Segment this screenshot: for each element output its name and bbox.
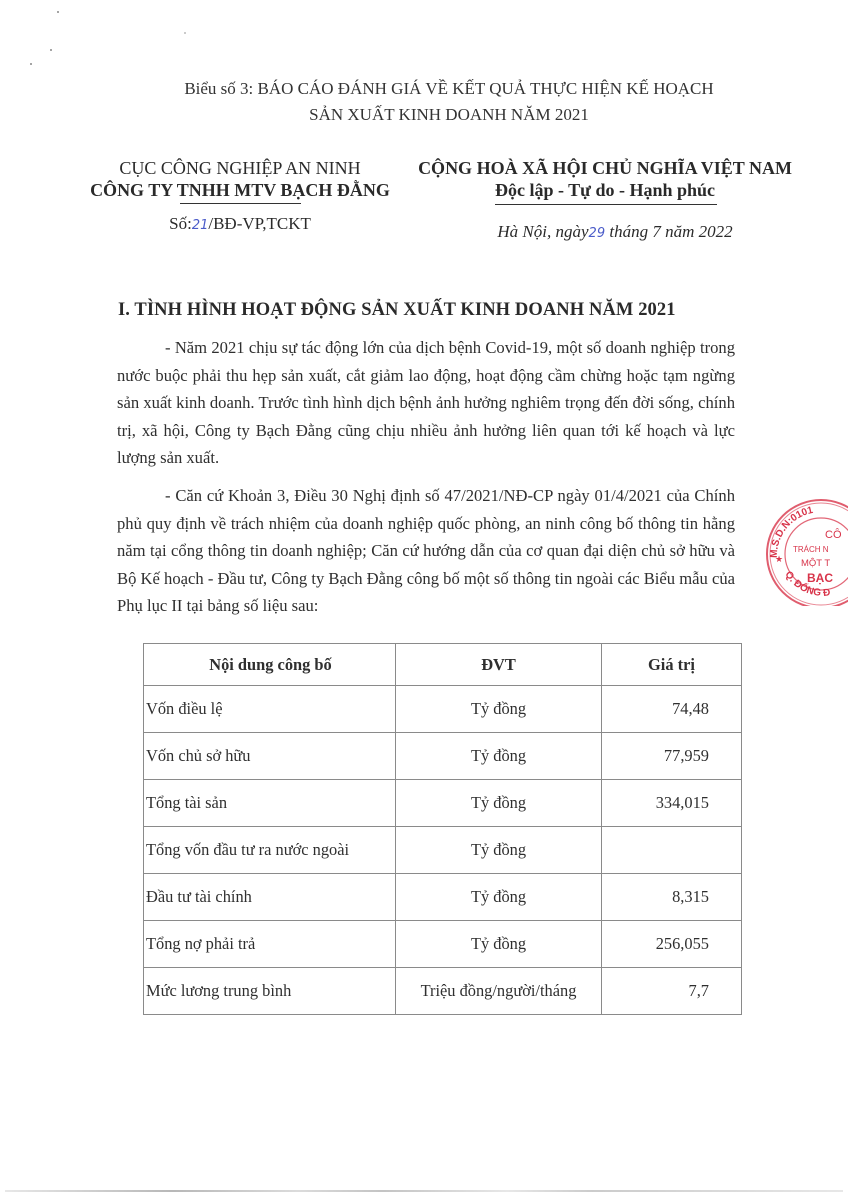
cell-unit: Tỷ đồng (396, 921, 602, 968)
scan-bottom-edge (5, 1190, 843, 1192)
cell-value: 7,7 (602, 968, 742, 1015)
table-row: Đầu tư tài chínhTỷ đồng8,315 (144, 874, 742, 921)
svg-text:★: ★ (775, 554, 783, 564)
disclosure-table: Nội dung công bố ĐVT Giá trị Vốn điều lệ… (143, 643, 742, 1015)
cell-value: 256,055 (602, 921, 742, 968)
cell-unit: Tỷ đồng (396, 874, 602, 921)
paragraph-legal-basis: - Căn cứ Khoản 3, Điều 30 Nghị định số 4… (117, 482, 735, 620)
stamp-line-1: CÔ (825, 528, 842, 541)
cell-item: Tổng vốn đầu tư ra nước ngoài (144, 827, 396, 874)
cell-item: Tổng nợ phải trả (144, 921, 396, 968)
cell-item: Đầu tư tài chính (144, 874, 396, 921)
document-number-handwritten: 21 (192, 218, 209, 233)
cell-unit: Tỷ đồng (396, 827, 602, 874)
form-title-line1: Biểu số 3: BÁO CÁO ĐÁNH GIÁ VỀ KẾT QUẢ T… (0, 76, 848, 101)
cell-item: Tổng tài sản (144, 780, 396, 827)
national-motto: Độc lập - Tự do - Hạnh phúc (405, 178, 805, 202)
stamp-line-2: TRÁCH N (793, 545, 829, 554)
cell-value: 77,959 (602, 733, 742, 780)
paragraph-covid-impact: - Năm 2021 chịu sự tác động lớn của dịch… (117, 334, 735, 472)
scan-speck (184, 32, 186, 34)
document-number-suffix: /BĐ-VP,TCKT (208, 214, 310, 233)
cell-value: 334,015 (602, 780, 742, 827)
column-header-unit: ĐVT (396, 644, 602, 686)
section-heading: I. TÌNH HÌNH HOẠT ĐỘNG SẢN XUẤT KINH DOA… (118, 298, 676, 322)
company-seal-stamp-icon: M.S.D.N:0101 Q. ĐỐNG Đ ★ CÔ TRÁCH N MỘT … (763, 496, 848, 606)
document-number: Số:21/BĐ-VP,TCKT (80, 212, 400, 238)
date-line: Hà Nội, ngày29 tháng 7 năm 2022 (450, 220, 780, 246)
cell-unit: Tỷ đồng (396, 780, 602, 827)
document-number-prefix: Số: (169, 214, 192, 233)
table-row: Vốn chủ sở hữuTỷ đồng77,959 (144, 733, 742, 780)
motto-underline (495, 204, 717, 205)
republic-name: CỘNG HOÀ XÃ HỘI CHỦ NGHĨA VIỆT NAM (405, 156, 805, 180)
cell-item: Vốn chủ sở hữu (144, 733, 396, 780)
company-underline (180, 203, 301, 204)
stamp-line-3: MỘT T (801, 558, 830, 569)
table-row: Tổng tài sảnTỷ đồng334,015 (144, 780, 742, 827)
form-title-line2: SẢN XUẤT KINH DOANH NĂM 2021 (0, 102, 848, 127)
cell-unit: Triệu đồng/người/tháng (396, 968, 602, 1015)
cell-value: 74,48 (602, 686, 742, 733)
scan-speck (50, 49, 52, 51)
cell-value: 8,315 (602, 874, 742, 921)
table-row: Vốn điều lệTỷ đồng74,48 (144, 686, 742, 733)
company-name: CÔNG TY TNHH MTV BẠCH ĐẰNG (80, 178, 400, 202)
table-header-row: Nội dung công bố ĐVT Giá trị (144, 644, 742, 686)
date-day-handwritten: 29 (589, 226, 606, 241)
cell-value (602, 827, 742, 874)
cell-item: Mức lương trung bình (144, 968, 396, 1015)
cell-unit: Tỷ đồng (396, 686, 602, 733)
column-header-value: Giá trị (602, 644, 742, 686)
scan-speck (57, 11, 59, 13)
table-row: Tổng nợ phải trảTỷ đồng256,055 (144, 921, 742, 968)
column-header-content: Nội dung công bố (144, 644, 396, 686)
cell-item: Vốn điều lệ (144, 686, 396, 733)
cell-unit: Tỷ đồng (396, 733, 602, 780)
scan-speck (30, 63, 32, 65)
date-prefix: Hà Nội, ngày (497, 222, 588, 241)
table-row: Mức lương trung bìnhTriệu đồng/người/thá… (144, 968, 742, 1015)
agency-name: CỤC CÔNG NGHIỆP AN NINH (80, 156, 400, 180)
stamp-line-4: BẠC (807, 571, 833, 585)
date-suffix: tháng 7 năm 2022 (609, 222, 732, 241)
table-row: Tổng vốn đầu tư ra nước ngoàiTỷ đồng (144, 827, 742, 874)
